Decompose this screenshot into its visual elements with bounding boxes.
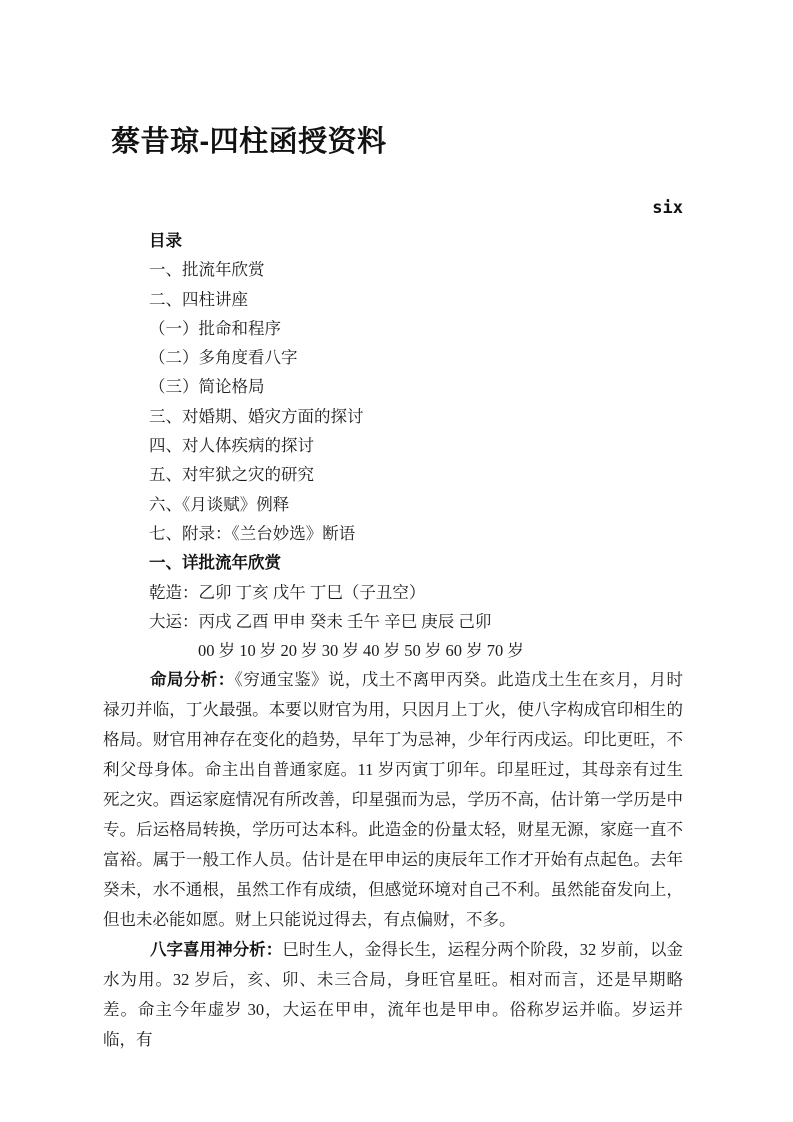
page-number-label: six <box>103 198 683 218</box>
document-body: 目录 一、批流年欣赏 二、四柱讲座 （一）批命和程序 （二）多角度看八字 （三）… <box>103 226 683 1055</box>
toc-item: 六、《月谈赋》例释 <box>149 490 683 519</box>
paragraph-lead: 八字喜用神分析： <box>150 940 282 959</box>
section-heading: 一、详批流年欣赏 <box>149 548 683 577</box>
toc-item: （三）简论格局 <box>149 372 683 401</box>
document-title: 蔡昔琼-四柱函授资料 <box>111 0 683 160</box>
document-page: 蔡昔琼-四柱函授资料 six 目录 一、批流年欣赏 二、四柱讲座 （一）批命和程… <box>0 0 793 1122</box>
favorable-god-paragraph: 八字喜用神分析：巳时生人，金得长生，运程分两个阶段，32 岁前，以金水为用。32… <box>103 935 683 1055</box>
analysis-paragraph: 命局分析：《穷通宝鉴》说，戊土不离甲丙癸。此造戊土生在亥月，月时禄刃并临，丁火最… <box>103 665 683 935</box>
cycle-ages-line: 00 岁 10 岁 20 岁 30 岁 40 岁 50 岁 60 岁 70 岁 <box>198 636 683 665</box>
toc-item: 七、附录：《兰台妙选》断语 <box>149 519 683 548</box>
toc-item: 二、四柱讲座 <box>149 285 683 314</box>
toc-item: （二）多角度看八字 <box>149 343 683 372</box>
paragraph-lead: 命局分析： <box>150 670 235 689</box>
luck-cycles-line: 大运：丙戌 乙酉 甲申 癸未 壬午 辛巳 庚辰 己卯 <box>149 607 683 636</box>
paragraph-text: 《穷通宝鉴》说，戊土不离甲丙癸。此造戊土生在亥月，月时禄刃并临，丁火最强。本要以… <box>103 670 683 929</box>
toc-item: （一）批命和程序 <box>149 314 683 343</box>
toc-heading: 目录 <box>149 226 683 255</box>
toc-item: 三、对婚期、婚灾方面的探讨 <box>149 402 683 431</box>
natal-chart-line: 乾造：乙卯 丁亥 戊午 丁巳（子丑空） <box>149 578 683 607</box>
toc-item: 一、批流年欣赏 <box>149 255 683 284</box>
toc-item: 五、对牢狱之灾的研究 <box>149 460 683 489</box>
toc-item: 四、对人体疾病的探讨 <box>149 431 683 460</box>
